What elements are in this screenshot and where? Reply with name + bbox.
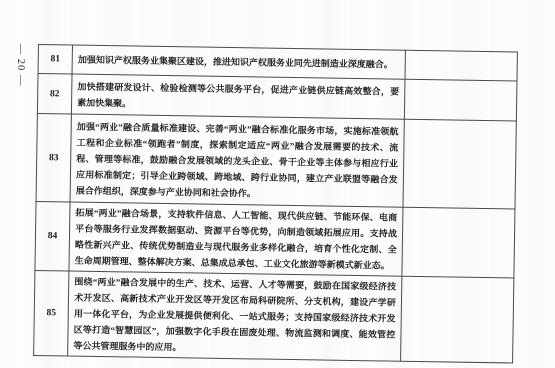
row-note-cell bbox=[402, 207, 515, 278]
row-text: 围绕“两业”融合发展中的生产、技术、运营、人才等需要，鼓励在国家级经济技术开发区… bbox=[68, 271, 402, 361]
row-text: 加快搭建研发设计、检验检测等公共服务平台，促进产业链供应链高效整合，要素加快集聚… bbox=[72, 74, 405, 119]
table-row: 83 加强“两业”融合质量标准建设、完善“两业”融合标准化服务市场，实施标准领航… bbox=[36, 113, 516, 209]
row-number: 82 bbox=[37, 74, 72, 115]
row-note-cell bbox=[400, 276, 513, 363]
page-number: — 20 — bbox=[13, 35, 27, 95]
row-number: 83 bbox=[36, 113, 72, 202]
row-text: 加强“两业”融合质量标准建设、完善“两业”融合标准化服务市场，实施标准领航工程和… bbox=[70, 114, 404, 207]
row-note-cell bbox=[404, 79, 517, 121]
row-note-cell bbox=[405, 50, 518, 81]
row-text: 拓展“两业”融合场景，支持软件信息、人工智能、现代供应链、节能环保、电商平台等服… bbox=[69, 202, 403, 276]
measures-table: 81 加强知识产权服务业集聚区建设，推进知识产权服务业同先进制造业深度融合。 8… bbox=[33, 44, 518, 364]
row-number: 81 bbox=[38, 45, 73, 75]
row-note-cell bbox=[403, 119, 517, 209]
row-number: 84 bbox=[35, 201, 70, 271]
scanned-document-page: — 20 — 81 加强知识产权服务业集聚区建设，推进知识产权服务业同先进制造业… bbox=[0, 0, 555, 368]
table-row: 84 拓展“两业”融合场景，支持软件信息、人工智能、现代供应链、节能环保、电商平… bbox=[35, 201, 515, 278]
row-number: 85 bbox=[34, 270, 69, 356]
table-row: 85 围绕“两业”融合发展中的生产、技术、运营、人才等需要，鼓励在国家级经济技术… bbox=[34, 270, 514, 363]
